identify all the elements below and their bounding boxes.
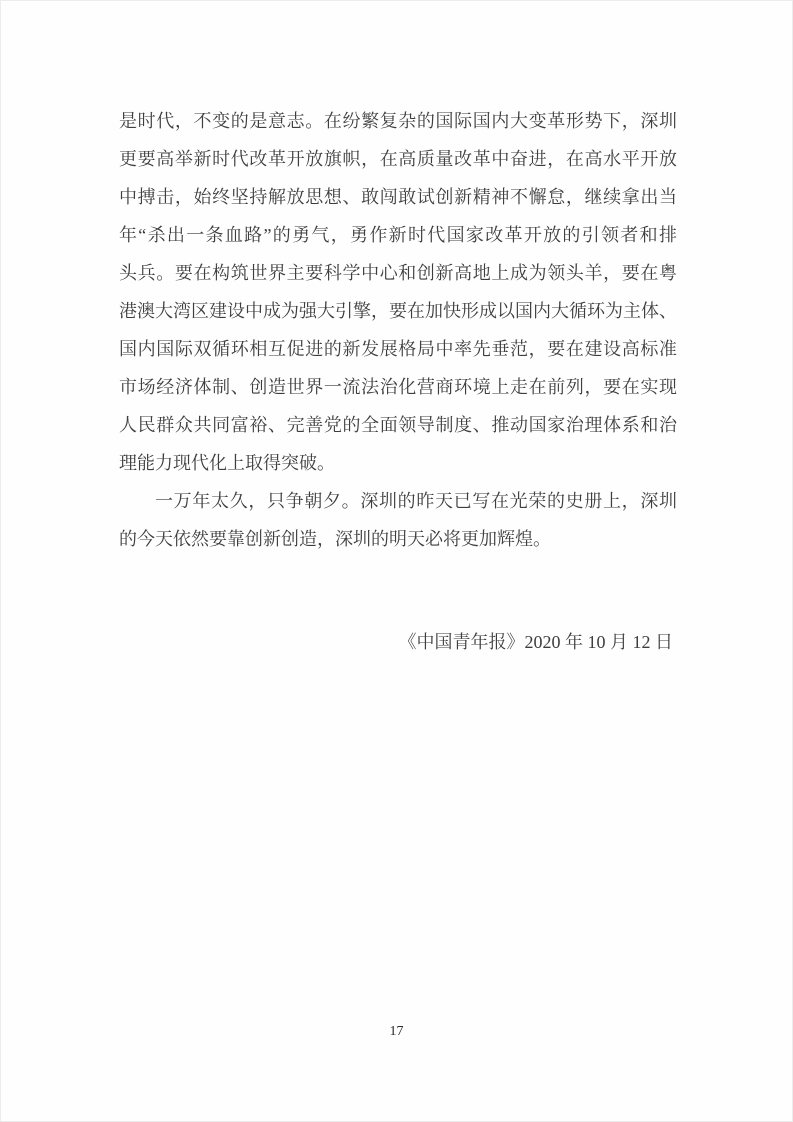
text-line: 头兵。要在构筑世界主要科学中心和创新高地上成为领头羊，要在粤 (119, 254, 677, 292)
text-line: 市场经济体制、创造世界一流法治化营商环境上走在前列，要在实现 (119, 368, 677, 406)
text-line: 年“杀出一条血路”的勇气，勇作新时代国家改革开放的引领者和排 (119, 216, 677, 254)
document-body: 是时代，不变的是意志。在纷繁复杂的国际国内大变革形势下，深圳更要高举新时代改革开… (119, 102, 677, 661)
text-line: 国内国际双循环相互促进的新发展格局中率先垂范，要在建设高标准 (119, 330, 677, 368)
text-line: 是时代，不变的是意志。在纷繁复杂的国际国内大变革形势下，深圳 (119, 102, 677, 140)
text-line: 一万年太久，只争朝夕。深圳的昨天已写在光荣的史册上，深圳 (119, 482, 677, 520)
paragraphs-container: 是时代，不变的是意志。在纷繁复杂的国际国内大变革形势下，深圳更要高举新时代改革开… (119, 102, 677, 558)
text-line: 人民群众共同富裕、完善党的全面领导制度、推动国家治理体系和治 (119, 406, 677, 444)
text-line: 的今天依然要靠创新创造，深圳的明天必将更加辉煌。 (119, 520, 677, 558)
text-line: 中搏击，始终坚持解放思想、敢闯敢试创新精神不懈怠，继续拿出当 (119, 178, 677, 216)
page-number: 17 (1, 1022, 792, 1042)
document-page: 是时代，不变的是意志。在纷繁复杂的国际国内大变革形势下，深圳更要高举新时代改革开… (0, 0, 793, 1122)
text-line: 港澳大湾区建设中成为强大引擎，要在加快形成以国内大循环为主体、 (119, 292, 677, 330)
text-line: 理能力现代化上取得突破。 (119, 444, 677, 482)
citation-line: 《中国青年报》2020 年 10 月 12 日 (119, 623, 677, 661)
text-line: 更要高举新时代改革开放旗帜，在高质量改革中奋进，在高水平开放 (119, 140, 677, 178)
